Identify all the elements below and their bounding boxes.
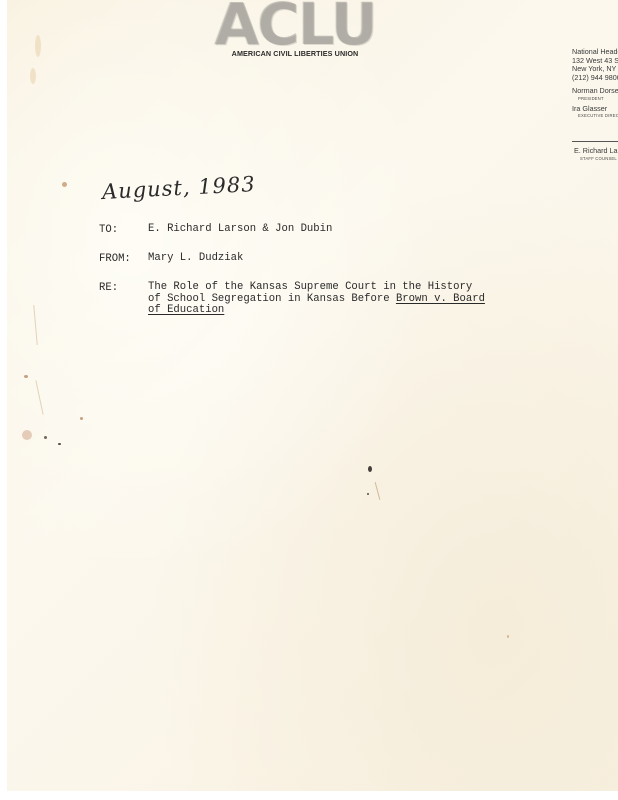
stain <box>507 635 509 638</box>
ink-mark <box>368 466 372 472</box>
staff-counsel: E. Richard Larson STAFF COUNSEL <box>574 147 618 162</box>
counsel-title: STAFF COUNSEL <box>580 156 618 162</box>
organization-name: AMERICAN CIVIL LIBERTIES UNION <box>175 49 415 58</box>
stain <box>80 417 83 420</box>
to-value: E. Richard Larson & Jon Dubin <box>148 224 332 236</box>
case-name-underlined: Brown v. Board <box>396 293 485 305</box>
from-label: FROM: <box>99 253 147 265</box>
stain <box>58 443 61 445</box>
stain <box>22 430 32 440</box>
crease <box>375 482 381 500</box>
sidebar-divider <box>572 141 618 142</box>
counsel-name: E. Richard Larson <box>574 147 618 156</box>
stain <box>35 35 41 57</box>
officer-name: Norman Dorsen <box>572 87 618 96</box>
aclu-logo: ACLU AMERICAN CIVIL LIBERTIES UNION <box>175 0 415 60</box>
from-value: Mary L. Dudziak <box>148 253 243 265</box>
re-label: RE: <box>99 282 147 294</box>
re-value: The Role of the Kansas Supreme Court in … <box>148 282 485 317</box>
stain <box>62 182 67 187</box>
crease <box>35 380 43 414</box>
document-page: ACLU AMERICAN CIVIL LIBERTIES UNION Nati… <box>7 0 618 791</box>
to-label: TO: <box>99 224 147 236</box>
re-line-2-text: of School Segregation in Kansas Before <box>148 293 396 305</box>
case-name-underlined-cont: of Education <box>148 304 224 316</box>
handwritten-date: August, 1983 <box>101 172 256 204</box>
crease <box>33 305 37 345</box>
stain <box>24 375 28 378</box>
officer-name: Ira Glasser <box>572 105 618 114</box>
phone-number: (212) 944 9800 <box>572 74 618 83</box>
stain <box>30 68 36 84</box>
ink-mark <box>367 493 369 495</box>
letterhead-sidebar: National Headquart 132 West 43 Street Ne… <box>572 48 618 119</box>
logo-letters: ACLU <box>175 0 415 48</box>
stain <box>44 436 47 439</box>
officer-title: EXECUTIVE DIRECTOR <box>578 113 618 119</box>
